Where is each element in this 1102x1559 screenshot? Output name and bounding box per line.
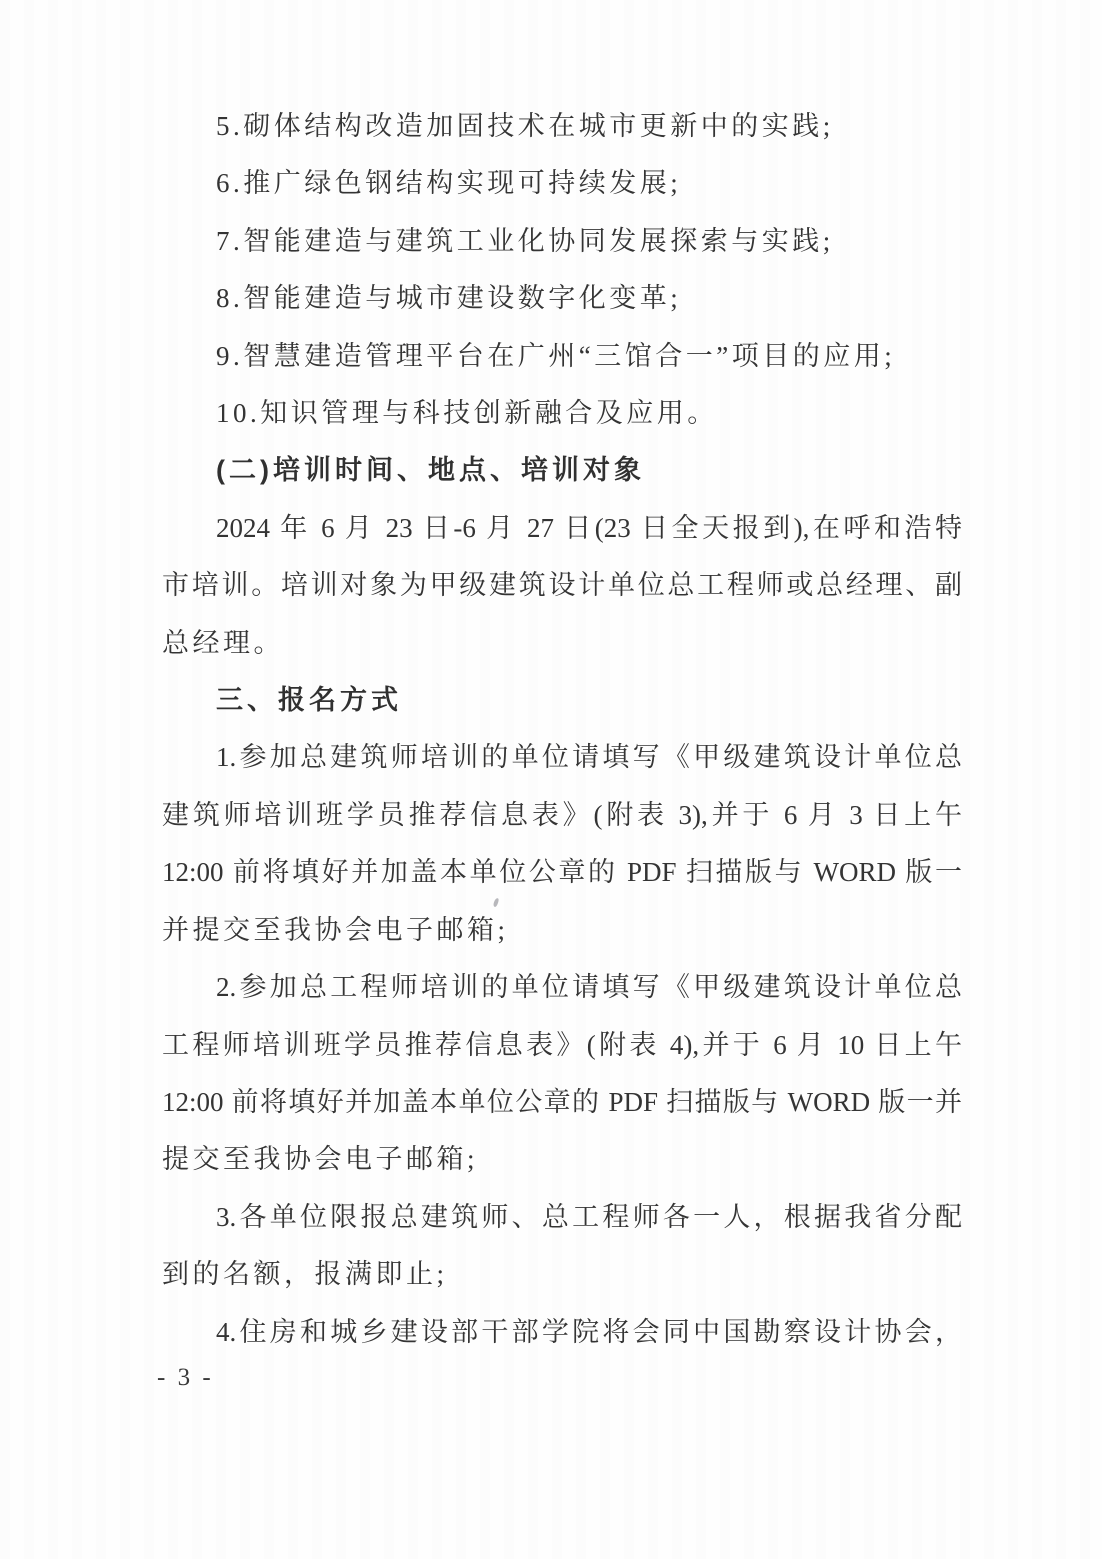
document-page: 5.砌体结构改造加固技术在城市更新中的实践; 6.推广绿色钢结构实现可持续发展;… <box>0 0 1102 1559</box>
paragraph-line: 工程师培训班学员推荐信息表》(附表 4),并于 6 月 10 日上午 <box>162 1017 962 1074</box>
paragraph-line: 提交至我协会电子邮箱; <box>162 1131 962 1188</box>
paragraph-line: 市培训。培训对象为甲级建筑设计单位总工程师或总经理、副 <box>162 557 962 614</box>
section-heading-training-info: (二)培训时间、地点、培训对象 <box>162 442 962 499</box>
paragraph-line: 建筑师培训班学员推荐信息表》(附表 3),并于 6 月 3 日上午 <box>162 787 962 844</box>
paragraph-line: 12:00 前将填好并加盖本单位公章的 PDF 扫描版与 WORD 版一 <box>162 844 962 901</box>
paragraph-line: 到的名额，报满即止; <box>162 1246 962 1303</box>
paragraph-line: 1.参加总建筑师培训的单位请填写《甲级建筑设计单位总 <box>162 729 962 786</box>
list-item-9: 9.智慧建造管理平台在广州“三馆合一”项目的应用; <box>162 328 962 385</box>
list-item-8: 8.智能建造与城市建设数字化变革; <box>162 270 962 327</box>
list-item-6: 6.推广绿色钢结构实现可持续发展; <box>162 155 962 212</box>
paragraph-line: 12:00 前将填好并加盖本单位公章的 PDF 扫描版与 WORD 版一并 <box>162 1074 962 1131</box>
section-heading-registration: 三、报名方式 <box>162 672 962 729</box>
paragraph-line: 2.参加总工程师培训的单位请填写《甲级建筑设计单位总 <box>162 959 962 1016</box>
list-item-7: 7.智能建造与建筑工业化协同发展探索与实践; <box>162 213 962 270</box>
paragraph-line: 4.住房和城乡建设部干部学院将会同中国勘察设计协会， <box>162 1304 962 1361</box>
page-number: - 3 - <box>157 1363 214 1393</box>
text-block: 5.砌体结构改造加固技术在城市更新中的实践; 6.推广绿色钢结构实现可持续发展;… <box>162 98 962 1361</box>
paragraph-line: 2024 年 6 月 23 日-6 月 27 日(23 日全天报到),在呼和浩特 <box>162 500 962 557</box>
paragraph-line: 并提交至我协会电子邮箱; <box>162 902 962 959</box>
list-item-10: 10.知识管理与科技创新融合及应用。 <box>162 385 962 442</box>
paragraph-line: 总经理。 <box>162 615 962 672</box>
paragraph-line: 3.各单位限报总建筑师、总工程师各一人，根据我省分配 <box>162 1189 962 1246</box>
list-item-5: 5.砌体结构改造加固技术在城市更新中的实践; <box>162 98 962 155</box>
